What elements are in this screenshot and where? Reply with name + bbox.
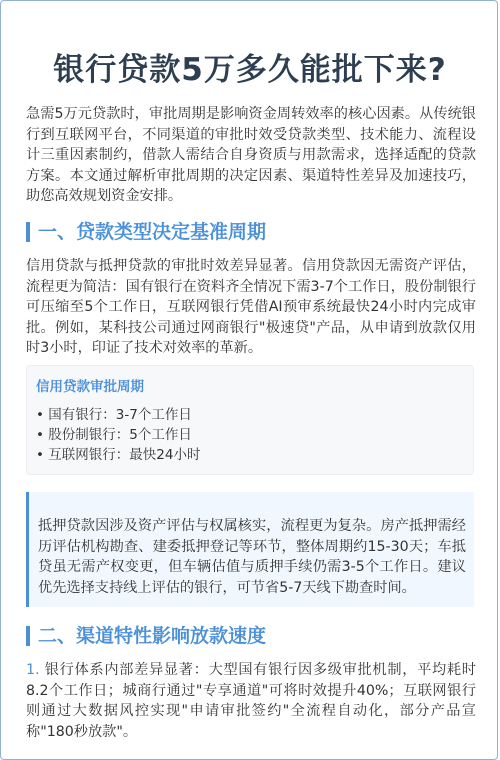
card-title: 信用贷款审批周期 [36, 375, 144, 395]
callout-text: 抵押贷款因涉及资产评估与权属核实，流程更为复杂。房产抵押需经历评估机构勘查、建委… [38, 516, 466, 598]
mortgage-loan-callout: 抵押贷款因涉及资产评估与权属核实，流程更为复杂。房产抵押需经历评估机构勘查、建委… [26, 492, 474, 607]
intro-paragraph: 急需5万元贷款时，审批周期是影响资金周转效率的核心因素。从传统银行到互联网平台，… [26, 104, 476, 207]
section-2-paragraph: 1. 银行体系内部差异显著：大型国有银行因多级审批机制，平均耗时8.2个工作日；… [26, 660, 476, 737]
list-item: 股份制银行：5个工作日 [36, 425, 200, 445]
page-title: 银行贷款5万多久能批下来? [0, 44, 500, 89]
card-list: 国有银行：3-7个工作日 股份制银行：5个工作日 互联网银行：最快24小时 [36, 405, 200, 465]
list-item: 国有银行：3-7个工作日 [36, 405, 200, 425]
item-number: 1. [26, 662, 40, 678]
section-1-paragraph: 信用贷款与抵押贷款的审批时效差异显著。信用贷款因无需资产评估，流程更为简洁：国有… [26, 256, 476, 359]
section-heading-channels: 二、渠道特性影响放款速度 [26, 624, 488, 648]
item-text: 银行体系内部差异显著：大型国有银行因多级审批机制，平均耗时8.2个工作日；城商行… [26, 662, 476, 737]
section-heading-loan-types: 一、贷款类型决定基准周期 [26, 220, 488, 244]
credit-loan-cycle-card: 信用贷款审批周期 国有银行：3-7个工作日 股份制银行：5个工作日 互联网银行：… [26, 365, 474, 475]
list-item: 互联网银行：最快24小时 [36, 445, 200, 465]
